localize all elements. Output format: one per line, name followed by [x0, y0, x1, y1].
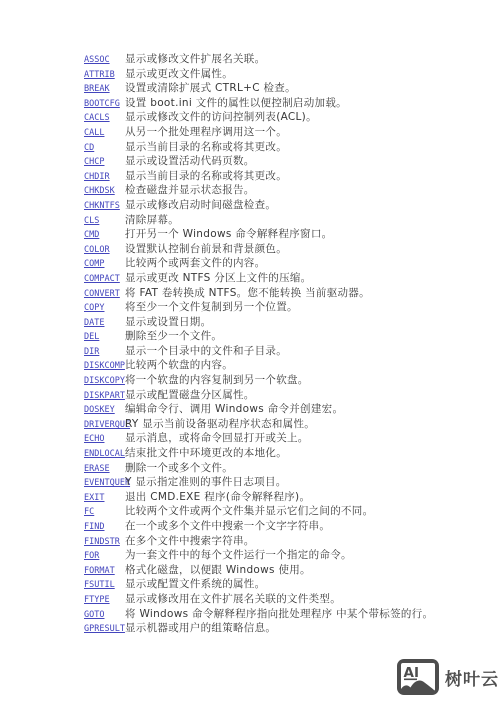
ai-image-icon: AI: [396, 658, 440, 696]
command-link[interactable]: DOSKEY: [84, 403, 125, 418]
command-row: ASSOC显示或修改文件扩展名关联。: [84, 52, 433, 67]
command-description: 设置 boot.ini 文件的属性以便控制启动加载。: [125, 96, 347, 111]
command-link[interactable]: FOR: [84, 549, 125, 564]
command-row: COMPACT显示或更改 NTFS 分区上文件的压缩。: [84, 271, 433, 286]
command-description: 退出 CMD.EXE 程序(命令解释程序)。: [125, 490, 310, 505]
command-description: 显示消息，或将命令回显打开或关上。: [125, 431, 309, 446]
command-description: 显示机器或用户的组策略信息。: [125, 621, 276, 636]
command-row: FINDSTR在多个文件中搜索字符串。: [84, 534, 433, 549]
command-row: GPRESULT显示机器或用户的组策略信息。: [84, 621, 433, 636]
command-description: 显示或配置文件系统的属性。: [125, 577, 265, 592]
command-row: DISKCOPY将一个软盘的内容复制到另一个软盘。: [84, 373, 433, 388]
command-link[interactable]: COMP: [84, 257, 125, 272]
command-link[interactable]: ATTRIB: [84, 68, 125, 83]
command-link[interactable]: DRIVERQUE: [84, 418, 125, 433]
command-link[interactable]: DISKCOMP: [84, 359, 125, 374]
watermark-brand-text: 树叶云: [445, 665, 499, 690]
command-row: FC比较两个文件或两个文件集并显示它们之间的不同。: [84, 504, 433, 519]
command-list: ASSOC显示或修改文件扩展名关联。ATTRIB显示或更改文件属性。BREAK设…: [84, 52, 433, 636]
command-link[interactable]: CONVERT: [84, 287, 125, 302]
command-row: COMP比较两个或两套文件的内容。: [84, 256, 433, 271]
command-link[interactable]: CACLS: [84, 111, 125, 126]
command-description: 检查磁盘并显示状态报告。: [125, 183, 255, 198]
watermark-logo: AI 树叶云: [396, 658, 499, 696]
command-row: CMD打开另一个 Windows 命令解释程序窗口。: [84, 227, 433, 242]
command-description: 显示一个目录中的文件和子目录。: [125, 344, 287, 359]
command-row: ECHO显示消息，或将命令回显打开或关上。: [84, 431, 433, 446]
command-link[interactable]: CD: [84, 141, 125, 156]
command-row: DISKCOMP比较两个软盘的内容。: [84, 358, 433, 373]
command-row: FOR为一套文件中的每个文件运行一个指定的命令。: [84, 548, 433, 563]
command-description: 比较两个文件或两个文件集并显示它们之间的不同。: [125, 504, 373, 519]
command-link[interactable]: FSUTIL: [84, 578, 125, 593]
command-row: CACLS显示或修改文件的访问控制列表(ACL)。: [84, 110, 433, 125]
command-row: ENDLOCAL结束批文件中环境更改的本地化。: [84, 446, 433, 461]
command-description: 显示当前目录的名称或将其更改。: [125, 169, 287, 184]
command-row: DOSKEY编辑命令行、调用 Windows 命令并创建宏。: [84, 402, 433, 417]
command-description: 将一个软盘的内容复制到另一个软盘。: [125, 373, 309, 388]
command-description: 比较两个或两套文件的内容。: [125, 256, 265, 271]
command-description: 将 FAT 卷转换成 NTFS。您不能转换 当前驱动器。: [125, 286, 370, 301]
command-row: CALL从另一个批处理程序调用这一个。: [84, 125, 433, 140]
command-description: 格式化磁盘，以便跟 Windows 使用。: [125, 563, 311, 578]
command-row: EVENTQUERY 显示指定准则的事件日志项目。: [84, 475, 433, 490]
command-description: 显示或更改 NTFS 分区上文件的压缩。: [125, 271, 311, 286]
command-link[interactable]: FIND: [84, 520, 125, 535]
command-row: CD显示当前目录的名称或将其更改。: [84, 140, 433, 155]
command-row: FORMAT格式化磁盘，以便跟 Windows 使用。: [84, 563, 433, 578]
command-row: DRIVERQUERY 显示当前设备驱动程序状态和属性。: [84, 417, 433, 432]
command-link[interactable]: DATE: [84, 316, 125, 331]
command-description: 删除一个或多个文件。: [125, 461, 233, 476]
command-link[interactable]: FC: [84, 505, 125, 520]
command-link[interactable]: COMPACT: [84, 272, 125, 287]
command-description: 显示或设置活动代码页数。: [125, 154, 255, 169]
command-link[interactable]: CALL: [84, 126, 125, 141]
command-link[interactable]: COPY: [84, 301, 125, 316]
command-row: COPY将至少一个文件复制到另一个位置。: [84, 300, 433, 315]
command-link[interactable]: CHKNTFS: [84, 199, 125, 214]
command-link[interactable]: FORMAT: [84, 564, 125, 579]
command-reference-page: ASSOC显示或修改文件扩展名关联。ATTRIB显示或更改文件属性。BREAK设…: [0, 0, 500, 708]
command-link[interactable]: CMD: [84, 228, 125, 243]
command-description: 结束批文件中环境更改的本地化。: [125, 446, 287, 461]
command-link[interactable]: ERASE: [84, 462, 125, 477]
command-link[interactable]: DIR: [84, 345, 125, 360]
command-link[interactable]: GPRESULT: [84, 622, 125, 637]
command-description: 显示或更改文件属性。: [125, 67, 233, 82]
command-description: 清除屏幕。: [125, 213, 179, 228]
command-description: 显示或修改用在文件扩展名关联的文件类型。: [125, 592, 341, 607]
command-row: COLOR设置默认控制台前景和背景颜色。: [84, 242, 433, 257]
command-row: BOOTCFG设置 boot.ini 文件的属性以便控制启动加载。: [84, 96, 433, 111]
command-row: CHKNTFS显示或修改启动时间磁盘检查。: [84, 198, 433, 213]
command-row: DATE显示或设置日期。: [84, 315, 433, 330]
command-row: CHKDSK检查磁盘并显示状态报告。: [84, 183, 433, 198]
command-link[interactable]: CHKDSK: [84, 184, 125, 199]
command-link[interactable]: BREAK: [84, 82, 125, 97]
command-row: CONVERT将 FAT 卷转换成 NTFS。您不能转换 当前驱动器。: [84, 286, 433, 301]
command-description: 显示或修改文件扩展名关联。: [125, 52, 265, 67]
command-description: 将 Windows 命令解释程序指向批处理程序 中某个带标签的行。: [125, 607, 433, 622]
command-row: GOTO将 Windows 命令解释程序指向批处理程序 中某个带标签的行。: [84, 607, 433, 622]
command-description: 显示或修改启动时间磁盘检查。: [125, 198, 276, 213]
command-link[interactable]: DISKCOPY: [84, 374, 125, 389]
command-row: FIND在一个或多个文件中搜索一个文字字符串。: [84, 519, 433, 534]
command-description: 在一个或多个文件中搜索一个文字字符串。: [125, 519, 330, 534]
command-link[interactable]: GOTO: [84, 608, 125, 623]
command-link[interactable]: DEL: [84, 330, 125, 345]
command-row: DIR显示一个目录中的文件和子目录。: [84, 344, 433, 359]
command-description: 设置默认控制台前景和背景颜色。: [125, 242, 287, 257]
command-description: 比较两个软盘的内容。: [125, 358, 233, 373]
command-description: 从另一个批处理程序调用这一个。: [125, 125, 287, 140]
command-description: 显示或设置日期。: [125, 315, 211, 330]
command-link[interactable]: ECHO: [84, 432, 125, 447]
command-row: DISKPART显示或配置磁盘分区属性。: [84, 388, 433, 403]
command-row: ERASE删除一个或多个文件。: [84, 461, 433, 476]
command-link[interactable]: FTYPE: [84, 593, 125, 608]
command-description: 将至少一个文件复制到另一个位置。: [125, 300, 298, 315]
command-row: ATTRIB显示或更改文件属性。: [84, 67, 433, 82]
command-description: 显示当前目录的名称或将其更改。: [125, 140, 287, 155]
command-row: FSUTIL显示或配置文件系统的属性。: [84, 577, 433, 592]
command-description: 在多个文件中搜索字符串。: [125, 534, 255, 549]
command-description: 编辑命令行、调用 Windows 命令并创建宏。: [125, 402, 343, 417]
command-row: EXIT退出 CMD.EXE 程序(命令解释程序)。: [84, 490, 433, 505]
command-description: 为一套文件中的每个文件运行一个指定的命令。: [125, 548, 352, 563]
command-description: 显示或配置磁盘分区属性。: [125, 388, 255, 403]
command-row: DEL删除至少一个文件。: [84, 329, 433, 344]
command-row: CHCP显示或设置活动代码页数。: [84, 154, 433, 169]
command-link[interactable]: EXIT: [84, 491, 125, 506]
command-description: Y 显示指定准则的事件日志项目。: [125, 475, 287, 490]
command-description: 删除至少一个文件。: [125, 329, 222, 344]
command-link[interactable]: COLOR: [84, 243, 125, 258]
command-row: CHDIR显示当前目录的名称或将其更改。: [84, 169, 433, 184]
command-link[interactable]: CLS: [84, 214, 125, 229]
command-description: RY 显示当前设备驱动程序状态和属性。: [125, 417, 315, 432]
command-link[interactable]: ASSOC: [84, 53, 125, 68]
command-link[interactable]: BOOTCFG: [84, 97, 125, 112]
command-link[interactable]: EVENTQUER: [84, 476, 125, 491]
command-link[interactable]: CHCP: [84, 155, 125, 170]
command-link[interactable]: DISKPART: [84, 389, 125, 404]
command-link[interactable]: FINDSTR: [84, 535, 125, 550]
command-row: BREAK设置或清除扩展式 CTRL+C 检查。: [84, 81, 433, 96]
command-description: 打开另一个 Windows 命令解释程序窗口。: [125, 227, 332, 242]
command-link[interactable]: ENDLOCAL: [84, 447, 125, 462]
command-description: 显示或修改文件的访问控制列表(ACL)。: [125, 110, 317, 125]
command-row: FTYPE显示或修改用在文件扩展名关联的文件类型。: [84, 592, 433, 607]
command-link[interactable]: CHDIR: [84, 170, 125, 185]
command-description: 设置或清除扩展式 CTRL+C 检查。: [125, 81, 296, 96]
command-row: CLS清除屏幕。: [84, 213, 433, 228]
